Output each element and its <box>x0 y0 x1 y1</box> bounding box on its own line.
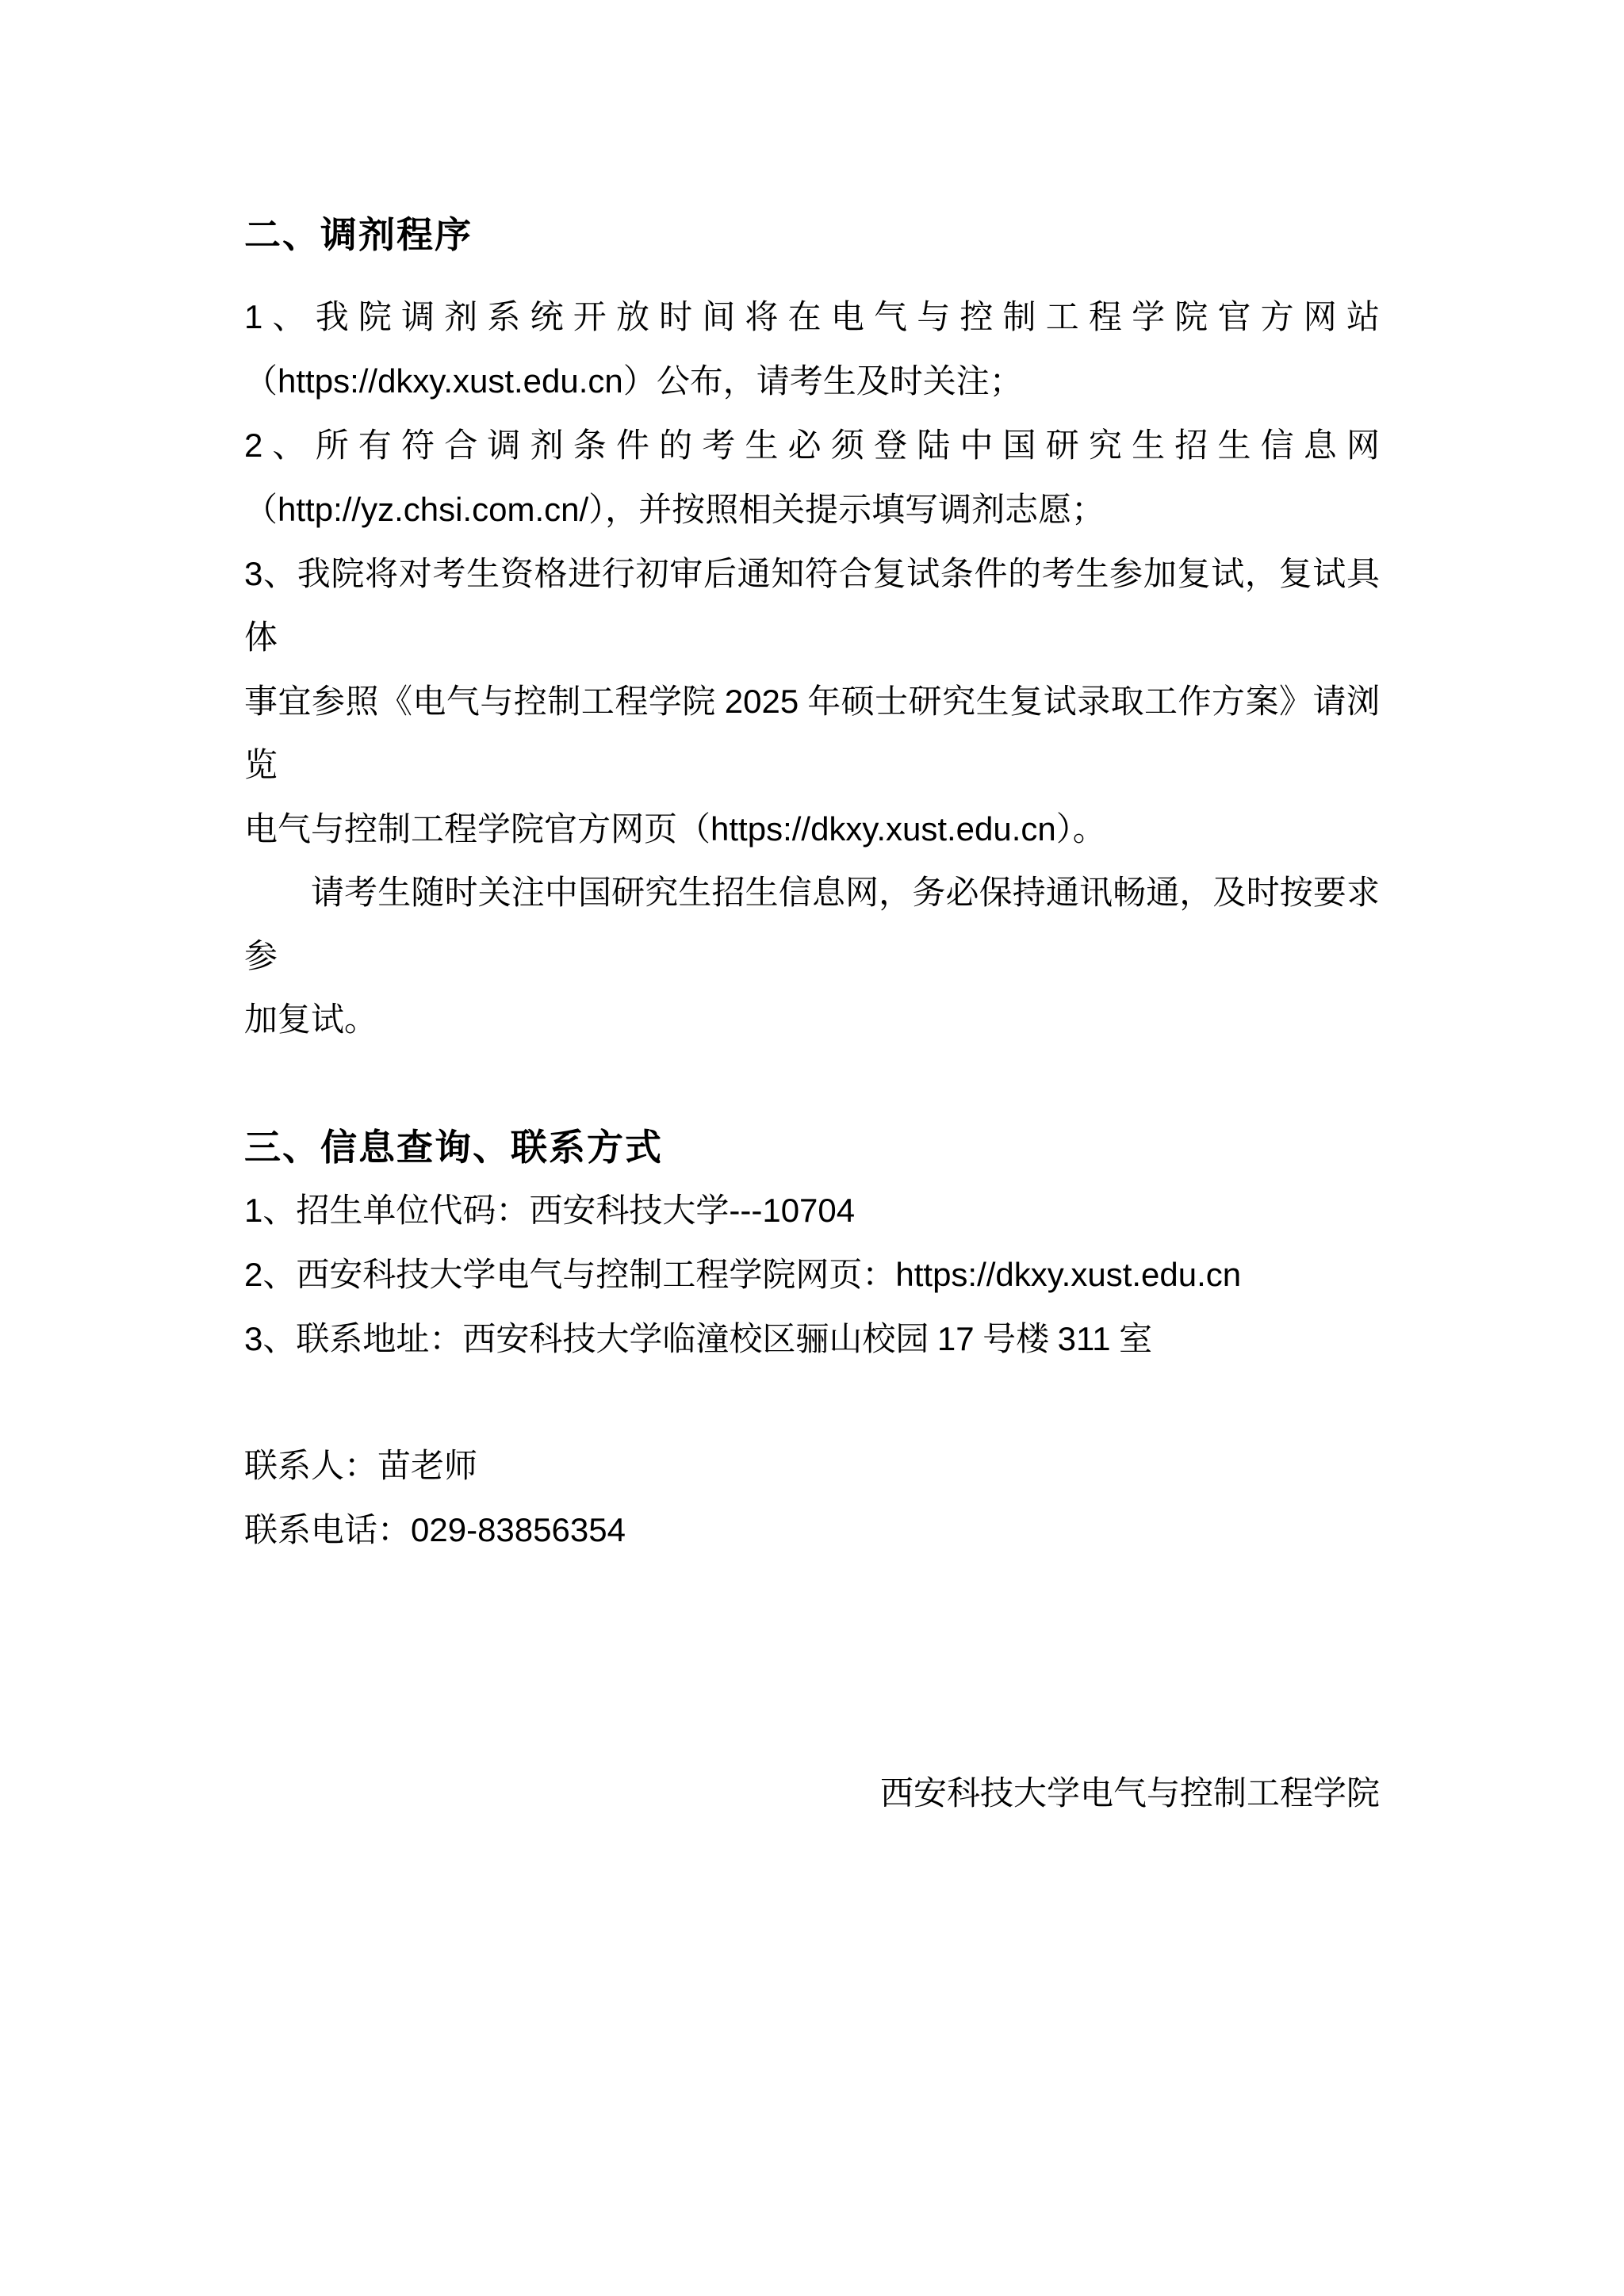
latin-text-segment: 029-83856354 <box>411 1511 626 1548</box>
cjk-text-segment: （ <box>244 364 278 400</box>
cjk-text-segment: 加复试。 <box>244 1002 377 1039</box>
cjk-text-segment: 、联系地址：西安科技大学临潼校区骊山校园 <box>262 1322 937 1358</box>
latin-text-segment: 1 <box>244 1192 262 1229</box>
document-page: 二、调剂程序 1、我院调剂系统开放时间将在电气与控制工程学院官方网站 （http… <box>0 0 1624 2296</box>
latin-text-segment: 1 <box>244 298 262 335</box>
contact-person-line: 联系人：苗老师 <box>244 1435 1380 1498</box>
latin-text-segment: 2025 <box>725 683 799 720</box>
cjk-text-segment: 、所有符合调剂条件的考生必须登陆中国研究生招生信息网 <box>262 428 1380 465</box>
latin-text-segment: ---10704 <box>729 1192 855 1229</box>
procedure-line-7: 电气与控制工程学院官方网页（https://dkxy.xust.edu.cn）。 <box>244 798 1380 862</box>
info-line-1: 1、招生单位代码：西安科技大学---10704 <box>244 1179 1380 1243</box>
section-heading-info-contact: 三、信息查询、联系方式 <box>244 1115 1380 1179</box>
latin-text-segment: http://yz.chsi.com.cn/ <box>278 491 588 528</box>
cjk-text-segment: 联系电话： <box>244 1513 411 1549</box>
cjk-text-segment: 、西安科技大学电气与控制工程学院网页： <box>262 1257 895 1294</box>
procedure-line-8: 请考生随时关注中国研究生招生信息网，务必保持通讯畅通，及时按要求参 <box>244 862 1380 989</box>
latin-text-segment: https://dkxy.xust.edu.cn <box>278 362 623 400</box>
section-heading-transfer-procedure: 二、调剂程序 <box>244 206 1380 263</box>
cjk-text-segment: 、我院将对考生资格进行初审后通知符合复试条件的考生参加复试，复试具体 <box>244 557 1380 656</box>
procedure-line-5: 3、我院将对考生资格进行初审后通知符合复试条件的考生参加复试，复试具体 <box>244 542 1380 670</box>
cjk-text-segment: 请考生随时关注中国研究生招生信息网，务必保持通讯畅通，及时按要求参 <box>244 875 1380 975</box>
cjk-text-segment: 、招生单位代码：西安科技大学 <box>262 1193 729 1230</box>
latin-text-segment: 3 <box>244 1320 262 1357</box>
cjk-text-segment: 电气与控制工程学院官方网页（ <box>244 812 710 848</box>
cjk-text-segment: 联系人：苗老师 <box>244 1448 477 1485</box>
info-line-2: 2、西安科技大学电气与控制工程学院网页：https://dkxy.xust.ed… <box>244 1243 1380 1307</box>
cjk-text-segment: ）公布，请考生及时关注； <box>623 364 1023 400</box>
cjk-text-segment: ），并按照相关提示填写调剂志愿； <box>588 492 1105 529</box>
procedure-line-3: 2、所有符合调剂条件的考生必须登陆中国研究生招生信息网 <box>244 414 1380 478</box>
signature-line: 西安科技大学电气与控制工程学院 <box>244 1762 1380 1826</box>
cjk-text-segment: 室 <box>1111 1322 1153 1358</box>
procedure-line-1: 1、我院调剂系统开放时间将在电气与控制工程学院官方网站 <box>244 285 1380 350</box>
procedure-line-2: （https://dkxy.xust.edu.cn）公布，请考生及时关注； <box>244 350 1380 414</box>
cjk-text-segment: （ <box>244 492 278 529</box>
latin-text-segment: 2 <box>244 427 262 464</box>
latin-text-segment: https://dkxy.xust.edu.cn <box>895 1256 1241 1293</box>
contact-phone-line: 联系电话：029-83856354 <box>244 1498 1380 1563</box>
cjk-text-segment: ）。 <box>1056 812 1106 848</box>
info-line-3: 3、联系地址：西安科技大学临潼校区骊山校园 17 号楼 311 室 <box>244 1307 1380 1372</box>
procedure-line-6: 事宜参照《电气与控制工程学院 2025 年硕士研究生复试录取工作方案》请浏览 <box>244 670 1380 798</box>
latin-text-segment: 17 <box>937 1320 975 1357</box>
latin-text-segment: https://dkxy.xust.edu.cn <box>710 810 1056 848</box>
cjk-text-segment: 、我院调剂系统开放时间将在电气与控制工程学院官方网站 <box>262 300 1380 336</box>
latin-text-segment: 2 <box>244 1256 262 1293</box>
latin-text-segment: 3 <box>244 555 262 592</box>
cjk-text-segment: 事宜参照《电气与控制工程学院 <box>244 684 725 721</box>
latin-text-segment: 311 <box>1058 1320 1111 1357</box>
cjk-text-segment: 西安科技大学电气与控制工程学院 <box>880 1776 1380 1812</box>
procedure-line-4: （http://yz.chsi.com.cn/），并按照相关提示填写调剂志愿； <box>244 478 1380 542</box>
cjk-text-segment: 号楼 <box>975 1322 1058 1358</box>
procedure-line-9: 加复试。 <box>244 989 1380 1052</box>
